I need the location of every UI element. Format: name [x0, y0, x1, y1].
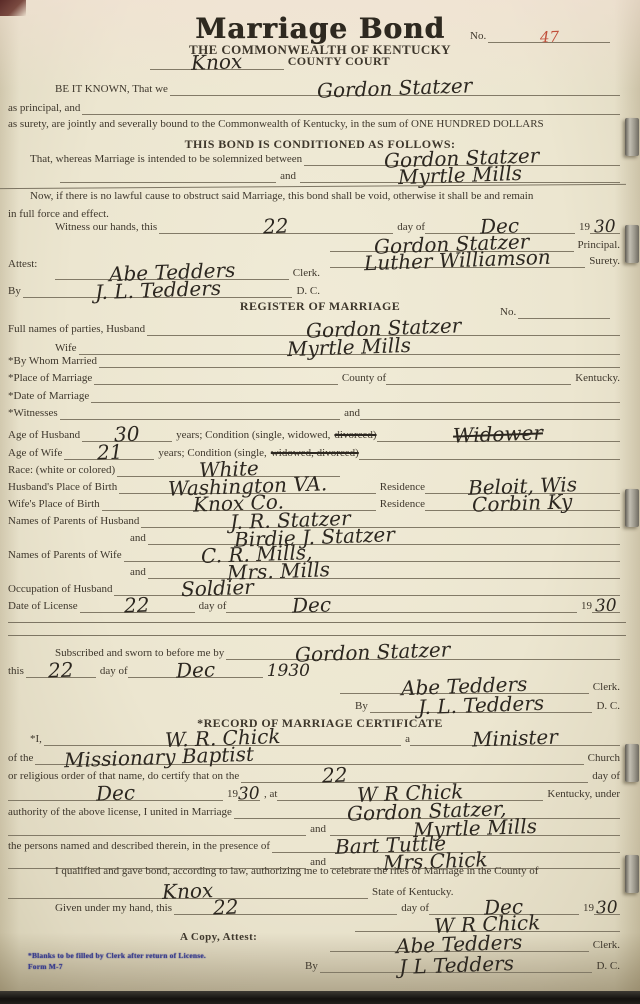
- divorced-struck-text: divorced): [330, 429, 376, 442]
- date-of-marriage-label: *Date of Marriage: [8, 390, 91, 403]
- church-label: Church: [584, 752, 620, 765]
- license-year-value: 30: [595, 598, 617, 616]
- date-of-marriage-line: [91, 402, 620, 403]
- staple-icon: [625, 855, 639, 893]
- date-of-license-row: Date of License 22 day of Dec 19 30: [8, 595, 620, 613]
- county-court-label: COUNTY COURT: [284, 54, 390, 70]
- witnesses-row: *Witnesses and: [8, 407, 620, 420]
- license-year-prefix: 19: [577, 600, 592, 613]
- staple-icon: [625, 225, 639, 263]
- sworn-clerk-row: Abe Tedders Clerk.: [340, 676, 620, 694]
- wife-condition-line: [359, 459, 620, 460]
- wife-residence-line: Corbin Ky: [425, 493, 620, 511]
- be-it-known-label: BE IT KNOWN, That we: [55, 83, 170, 96]
- full-names-label: Full names of parties, Husband: [8, 323, 147, 336]
- cert-clerk-label: Clerk.: [589, 939, 620, 952]
- surety-label: Surety.: [585, 255, 620, 268]
- witness-day: 22: [263, 216, 289, 237]
- surety-blank-line: [82, 114, 620, 115]
- bride-name: Myrtle Mills: [398, 163, 523, 187]
- license-day-of-label: day of: [195, 600, 227, 613]
- cert-year-prefix: 19: [223, 788, 238, 801]
- sworn-clerk-line: Abe Tedders: [340, 676, 589, 694]
- place-line1: [94, 384, 338, 385]
- scanned-document-photo: Marriage Bond No. 47 THE COMMONWEALTH OF…: [0, 0, 640, 1004]
- officiant-title-line: Minister: [410, 728, 620, 746]
- condition1-label: years; Condition (single, widowed,: [172, 429, 330, 442]
- pre-and-line: [60, 182, 276, 183]
- cert-dc-row: By J L Tedders D. C.: [305, 955, 620, 973]
- copy-attest-label: A Copy, Attest:: [180, 931, 259, 944]
- attest-label: Attest:: [8, 258, 39, 271]
- parents-husband-label: Names of Parents of Husband: [8, 515, 141, 528]
- husband-mother-row: and Birdie J. Statzer: [130, 527, 620, 545]
- as-principal-label: as principal, and: [8, 102, 82, 115]
- cert-bride-row: and Myrtle Mills: [8, 818, 620, 836]
- bride-line: Myrtle Mills: [300, 165, 620, 183]
- husband-condition-line: Widower: [377, 424, 620, 442]
- wife-label: Wife: [55, 342, 79, 355]
- photo-bottom-edge: [0, 991, 640, 1004]
- county-line: Knox: [150, 52, 284, 70]
- as-principal-row: as principal, and: [8, 102, 620, 115]
- principal-name-line: Gordon Statzer: [170, 78, 620, 96]
- sworn-row: Subscribed and sworn to before me by Gor…: [55, 642, 620, 660]
- sworn-clerk-label: Clerk.: [589, 681, 620, 694]
- cert-month-row: Dec 19 30 , at W R Chick Kentucky, under: [8, 783, 620, 801]
- year-prefix: 19: [575, 221, 590, 234]
- cert-year-line: 30: [238, 786, 260, 801]
- sworn-year: 1930: [263, 663, 310, 681]
- sworn-dc-label: D. C.: [592, 700, 620, 713]
- bride-row: and Myrtle Mills: [60, 165, 620, 183]
- license-label: Date of License: [8, 600, 80, 613]
- witness-day-line: 22: [159, 216, 393, 234]
- witnesses-and-label: and: [340, 407, 360, 420]
- by-label: By: [8, 285, 23, 298]
- divider-line-2: [8, 635, 626, 636]
- kentucky-under-label: Kentucky, under: [543, 788, 620, 801]
- dc-sig-line: J. L. Tedders: [23, 280, 293, 298]
- form-number: Form M-7: [28, 962, 63, 971]
- license-month-value: Dec: [292, 594, 332, 615]
- staple-icon: [625, 118, 639, 156]
- by-whom-row: *By Whom Married: [8, 355, 620, 368]
- and-label: and: [276, 170, 300, 183]
- cert-clerk-row: Abe Tedders Clerk.: [330, 934, 620, 952]
- sworn-day-line: 22: [26, 660, 96, 678]
- by-whom-label: *By Whom Married: [8, 355, 99, 368]
- age-husband-label: Age of Husband: [8, 429, 82, 442]
- cert-groom-line: Gordon Statzer,: [234, 801, 620, 819]
- license-day-line: 22: [80, 595, 195, 613]
- a-label: a: [401, 733, 410, 746]
- witness-label: Witness our hands, this: [55, 221, 159, 234]
- staple-icon: [625, 489, 639, 527]
- wife-name-row: Wife Myrtle Mills: [55, 337, 620, 355]
- age-wife-line: 21: [64, 442, 154, 460]
- surety-signature-row: Luther Williamson Surety.: [330, 250, 620, 268]
- clerk-label: Clerk.: [289, 267, 320, 280]
- sworn-dc-line: J. L. Tedders: [370, 695, 593, 713]
- sworn-month: Dec: [175, 659, 215, 680]
- place-line2: [386, 384, 571, 385]
- given-label: Given under my hand, this: [55, 902, 174, 915]
- by-whom-line: [99, 367, 620, 368]
- given-day-line: 22: [174, 897, 397, 915]
- sworn-day-of-label: day of: [96, 665, 128, 678]
- age-husband-line: 30: [82, 424, 172, 442]
- husband-name-row: Full names of parties, Husband Gordon St…: [8, 318, 620, 336]
- principal-name: Gordon Statzer: [317, 75, 473, 100]
- sworn-name-line: Gordon Statzer: [226, 642, 620, 660]
- sworn-by-label: By: [355, 700, 370, 713]
- qualified-row: I qualified and gave bond, according to …: [55, 865, 626, 878]
- given-day: 22: [213, 897, 239, 918]
- church-row: of the Missionary Baptist Church: [8, 747, 620, 765]
- sworn-this-label: this: [8, 665, 26, 678]
- witnesses-line1: [60, 419, 340, 420]
- age-wife-row: Age of Wife 21 years; Condition (single,…: [8, 442, 620, 460]
- surety-clause: as surety, are jointly and severally bou…: [8, 118, 546, 131]
- place-of-marriage-row: *Place of Marriage County of Kentucky.: [8, 372, 620, 385]
- cert-clerk-line: Abe Tedders: [330, 934, 589, 952]
- binding-corner: [0, 0, 26, 16]
- of-the-label: of the: [8, 752, 35, 765]
- marriage-bond-page: Marriage Bond No. 47 THE COMMONWEALTH OF…: [0, 0, 640, 992]
- given-year-line: 30: [594, 900, 620, 915]
- wife-name-line: Myrtle Mills: [79, 337, 620, 355]
- place-label: *Place of Marriage: [8, 372, 94, 385]
- dc-signature-row: By J. L. Tedders D. C.: [8, 280, 320, 298]
- witness-year-line: 30: [590, 219, 620, 234]
- cert-dc-label: D. C.: [592, 960, 620, 973]
- date-of-marriage-row: *Date of Marriage: [8, 390, 620, 403]
- license-year-line: 30: [592, 598, 620, 613]
- cert-dc-signature: J L Tedders: [398, 953, 514, 977]
- occupation-line: Soldier: [114, 578, 620, 596]
- cert-dc-line: J L Tedders: [320, 955, 593, 973]
- solemnized-row: That, whereas Marriage is intended to be…: [30, 148, 620, 166]
- cert-by-label: By: [305, 960, 320, 973]
- license-month-line: Dec: [226, 595, 577, 613]
- wife-father-line: C. R. Mills,: [124, 544, 620, 562]
- at-label: , at: [260, 788, 277, 801]
- staple-icon: [625, 744, 639, 782]
- dc-label: D. C.: [292, 285, 320, 298]
- void-clause-line1: Now, if there is no lawful cause to obst…: [30, 190, 535, 203]
- county-court-row: Knox COUNTY COURT: [150, 52, 390, 70]
- cert-day-of-label: day of: [588, 770, 620, 783]
- witness-hands-row: Witness our hands, this 22 day of Dec 19…: [55, 216, 620, 234]
- surety-clause-row: as surety, are jointly and severally bou…: [8, 118, 626, 131]
- parents-wife-label: Names of Parents of Wife: [8, 549, 124, 562]
- license-day-value: 22: [124, 595, 150, 616]
- surety-sig-line: Luther Williamson: [330, 250, 585, 268]
- county-name: Knox: [191, 51, 243, 73]
- rule-line: [0, 184, 626, 189]
- witnesses-label: *Witnesses: [8, 407, 60, 420]
- officiant-sig-line: W R Chick: [355, 914, 620, 932]
- age-husband-row: Age of Husband 30 years; Condition (sing…: [8, 424, 620, 442]
- cert-month-line: Dec: [8, 783, 223, 801]
- qualified-clause: I qualified and gave bond, according to …: [55, 865, 540, 878]
- void-clause-row1: Now, if there is no lawful cause to obst…: [30, 190, 626, 203]
- be-it-known-row: BE IT KNOWN, That we Gordon Statzer: [55, 78, 620, 96]
- sworn-day: 22: [48, 660, 74, 681]
- i-label: *I,: [30, 733, 44, 746]
- certify-row: or religious order of that name, do cert…: [8, 765, 620, 783]
- sworn-dc-signature: J. L. Tedders: [418, 693, 545, 717]
- sworn-dc-row: By J. L. Tedders D. C.: [355, 695, 620, 713]
- clerk-footnote: *Blanks to be filled by Clerk after retu…: [28, 951, 206, 960]
- church-name-line: Missionary Baptist: [35, 747, 583, 765]
- kentucky-label: Kentucky.: [571, 372, 620, 385]
- sworn-month-line: Dec: [128, 660, 263, 678]
- divider-line-1: [8, 622, 626, 623]
- officiant-row: *I, W. R. Chick a Minister: [30, 728, 620, 746]
- day-of-label: day of: [393, 221, 425, 234]
- county-of-label: County of: [338, 372, 386, 385]
- officiant-signature-row: W R Chick: [355, 914, 620, 932]
- surety-signature: Luther Williamson: [364, 247, 551, 274]
- witnesses-line2: [360, 419, 620, 420]
